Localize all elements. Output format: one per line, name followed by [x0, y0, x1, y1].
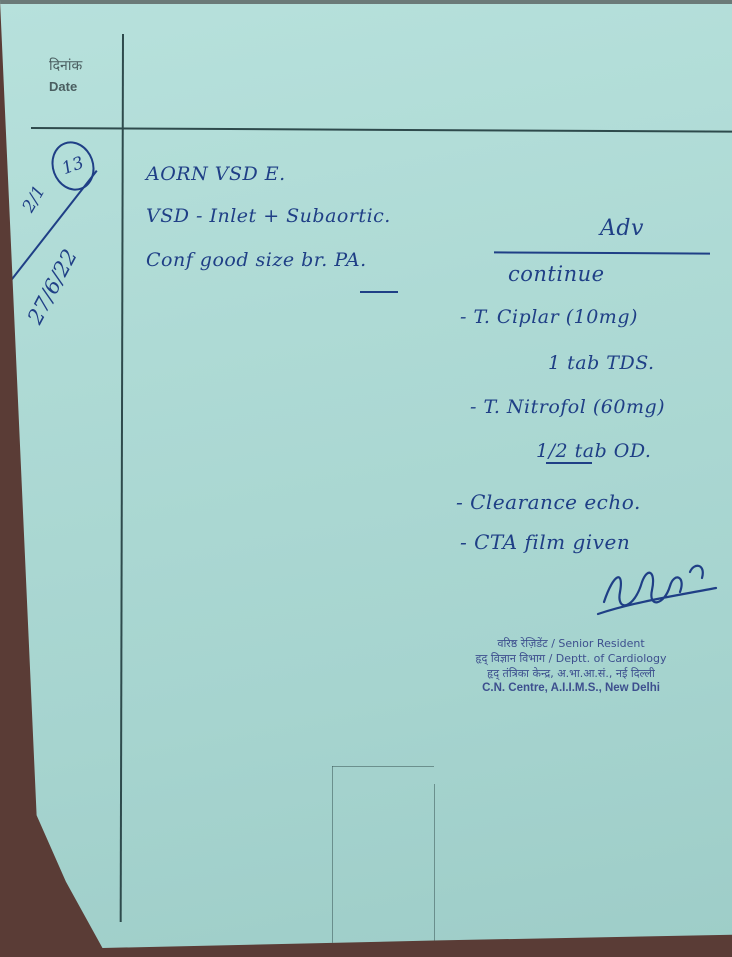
stamp-line-2: हृद् विज्ञान विभाग / Deptt. of Cardiolog…: [440, 651, 702, 666]
date-label-english: Date: [49, 79, 82, 94]
clinical-note-underline: [360, 291, 398, 293]
advice-heading-underline: [494, 251, 710, 254]
date-label: दिनांक Date: [49, 56, 82, 94]
paper-fold-line: [434, 784, 435, 954]
paper-fold-line: [332, 766, 434, 767]
advice-line-continue: continue: [508, 262, 605, 286]
clinical-note-line-3: Conf good size br. PA.: [146, 249, 367, 271]
margin-date: 27/6/22: [23, 245, 82, 328]
paper-fold-line: [332, 766, 333, 956]
header-divider-horizontal: [31, 127, 732, 133]
stamp-line-1: वरिष्ठ रेज़िडेंट / Senior Resident: [440, 636, 702, 651]
advice-line-echo: - Clearance echo.: [456, 490, 641, 514]
advice-line-nitrofol: - T. Nitrofol (60mg): [470, 396, 665, 418]
advice-line-ciplar: - T. Ciplar (10mg): [460, 306, 638, 328]
stamp-line-4: C.N. Centre, A.I.I.M.S., New Delhi: [440, 681, 702, 696]
margin-divider-vertical: [120, 34, 124, 922]
clinical-note-line-2: VSD - Inlet + Subaortic.: [146, 205, 391, 227]
margin-prefix: R: [0, 247, 16, 274]
circled-number: 13: [45, 135, 102, 196]
top-edge-shadow: [0, 0, 732, 4]
prescription-paper: दिनांक Date 13 R 2/1 27/6/22 AORN VSD E.…: [0, 0, 732, 948]
clinical-note-line-1: AORN VSD E.: [146, 163, 286, 185]
signature-mark: [594, 552, 722, 622]
dose-underline: [546, 462, 592, 464]
stamp-line-3: हृद् तंत्रिका केन्द्र, अ.भा.आ.सं., नई दि…: [440, 666, 702, 681]
circled-number-text: 13: [59, 153, 86, 179]
date-label-hindi: दिनांक: [49, 56, 82, 75]
advice-line-ciplar-dose: 1 tab TDS.: [548, 352, 655, 374]
advice-line-nitrofol-dose: 1/2 tab OD.: [536, 440, 651, 462]
department-stamp: वरिष्ठ रेज़िडेंट / Senior Resident हृद् …: [440, 636, 702, 696]
advice-line-cta: - CTA film given: [460, 530, 630, 554]
margin-superscript: 2/1: [19, 182, 50, 216]
advice-heading: Adv: [600, 216, 644, 241]
